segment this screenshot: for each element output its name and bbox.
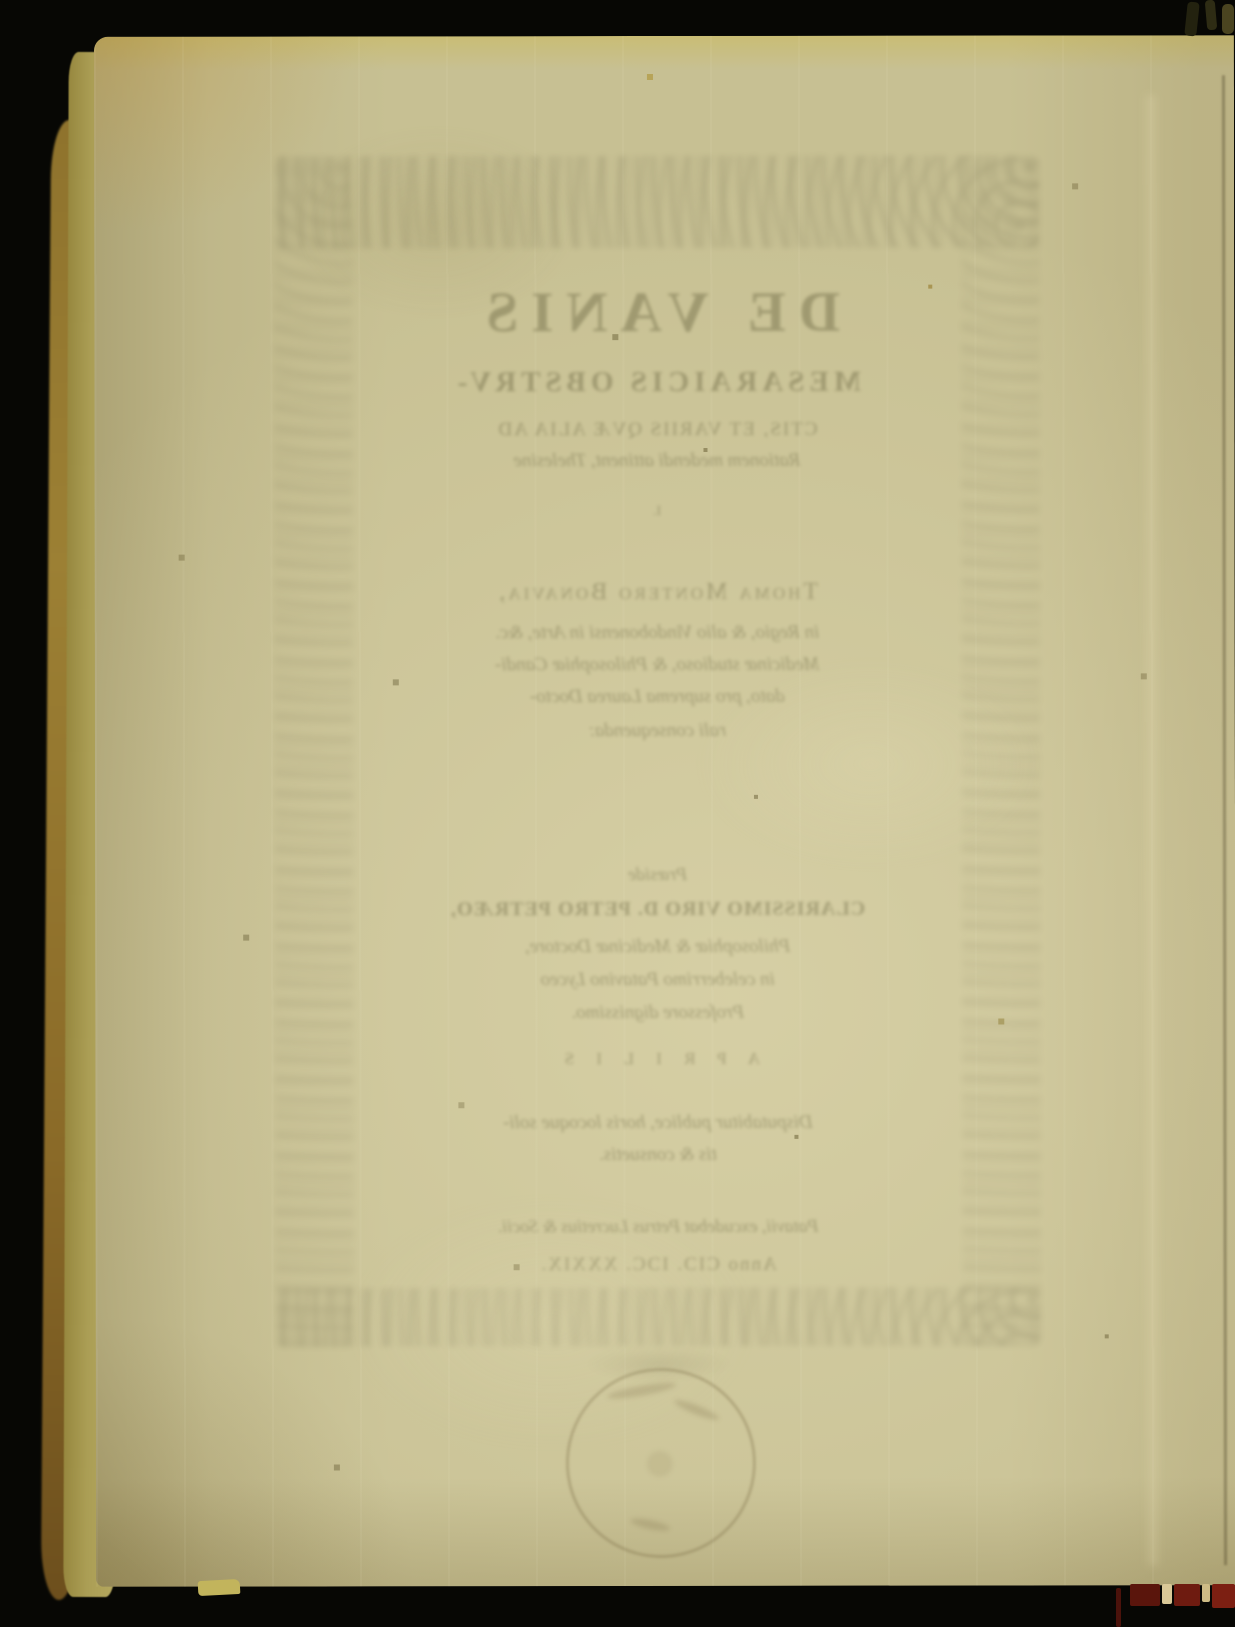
ghost-line-author-desc-1: in Regio, & alio Vindobonensi in Arte, &… [275, 621, 1040, 644]
ghost-line-title-2: MESARAICIS OBSTRV- [274, 365, 1039, 399]
ghost-line-author-desc-2: Medicinæ studioso, & Philosophiæ Candi- [275, 653, 1040, 676]
ghost-headpiece-ornament [274, 155, 1039, 248]
ghost-line-small-mark: I. [275, 503, 1040, 520]
book-scan: DE VANIS MESARAICIS OBSTRV- CTIS, ET VAR… [0, 0, 1235, 1627]
ghost-line-praeses-desc-2: in celeberrimo Patavino Lyceo [275, 968, 1040, 991]
top-right-binding-fragment [1182, 0, 1235, 40]
stamp-center-smudge [645, 1449, 674, 1478]
ghost-side-border-left [961, 155, 1041, 1345]
ghost-line-imprint: Patavii, excudebat Petrus Lucretius & So… [276, 1215, 1041, 1237]
stamp-arc-text-smudge [673, 1397, 721, 1423]
ghost-line-title-4: Rationem medendi attinent, Thelesine [274, 449, 1039, 472]
page-leaf: DE VANIS MESARAICIS OBSTRV- CTIS, ET VAR… [94, 35, 1235, 1587]
ghost-line-author-desc-3: dato, pro suprema Laurea Docto- [275, 685, 1040, 708]
ghost-line-praeside: Præside [275, 863, 1040, 885]
ghost-line-notice-1: Disputabitur publice, horis locoque soli… [275, 1111, 1040, 1134]
ghost-tailpiece-blot [559, 1341, 759, 1387]
ghost-line-praeses-desc-3: Professore dignissimo. [275, 1001, 1040, 1024]
ghost-line-notice-2: tis & consuetis. [275, 1143, 1040, 1166]
ghost-line-praeses-desc-1: Philosophiæ & Medicinæ Doctore, [275, 935, 1040, 958]
gutter-hairline [1222, 75, 1227, 1565]
bottom-right-leaf-edges [1104, 1584, 1235, 1627]
paper-crease [1146, 95, 1158, 1565]
bottom-left-leaf-tab [198, 1579, 241, 1596]
stamp-arc-text-smudge [630, 1516, 671, 1533]
ghost-line-title-3: CTIS, ET VARIIS QVÆ ALIA AD [274, 418, 1039, 441]
ghost-line-date: Anno CIƆ. IƆC. XXXIX. [276, 1253, 1041, 1276]
stamp-arc-text-smudge [606, 1380, 677, 1402]
ghost-side-border-right [274, 156, 354, 1346]
ghost-tailpiece-ornament [276, 1287, 1041, 1346]
show-through-layer: DE VANIS MESARAICIS OBSTRV- CTIS, ET VAR… [274, 35, 1041, 1486]
ghost-line-spaced-caps: A P R I L I S [275, 1048, 1040, 1069]
ghost-line-author-desc-4: rali consequenda: [275, 719, 1040, 742]
paper-specks [94, 37, 96, 39]
ghost-line-main-title: DE VANIS [274, 279, 1039, 345]
library-stamp [554, 1356, 768, 1570]
ghost-line-author: Thoma Montero Bonavia, [275, 578, 1040, 606]
ghost-line-praeses-name: CLARISSIMO VIRO D. PETRO PETRÆO, [275, 897, 1040, 921]
